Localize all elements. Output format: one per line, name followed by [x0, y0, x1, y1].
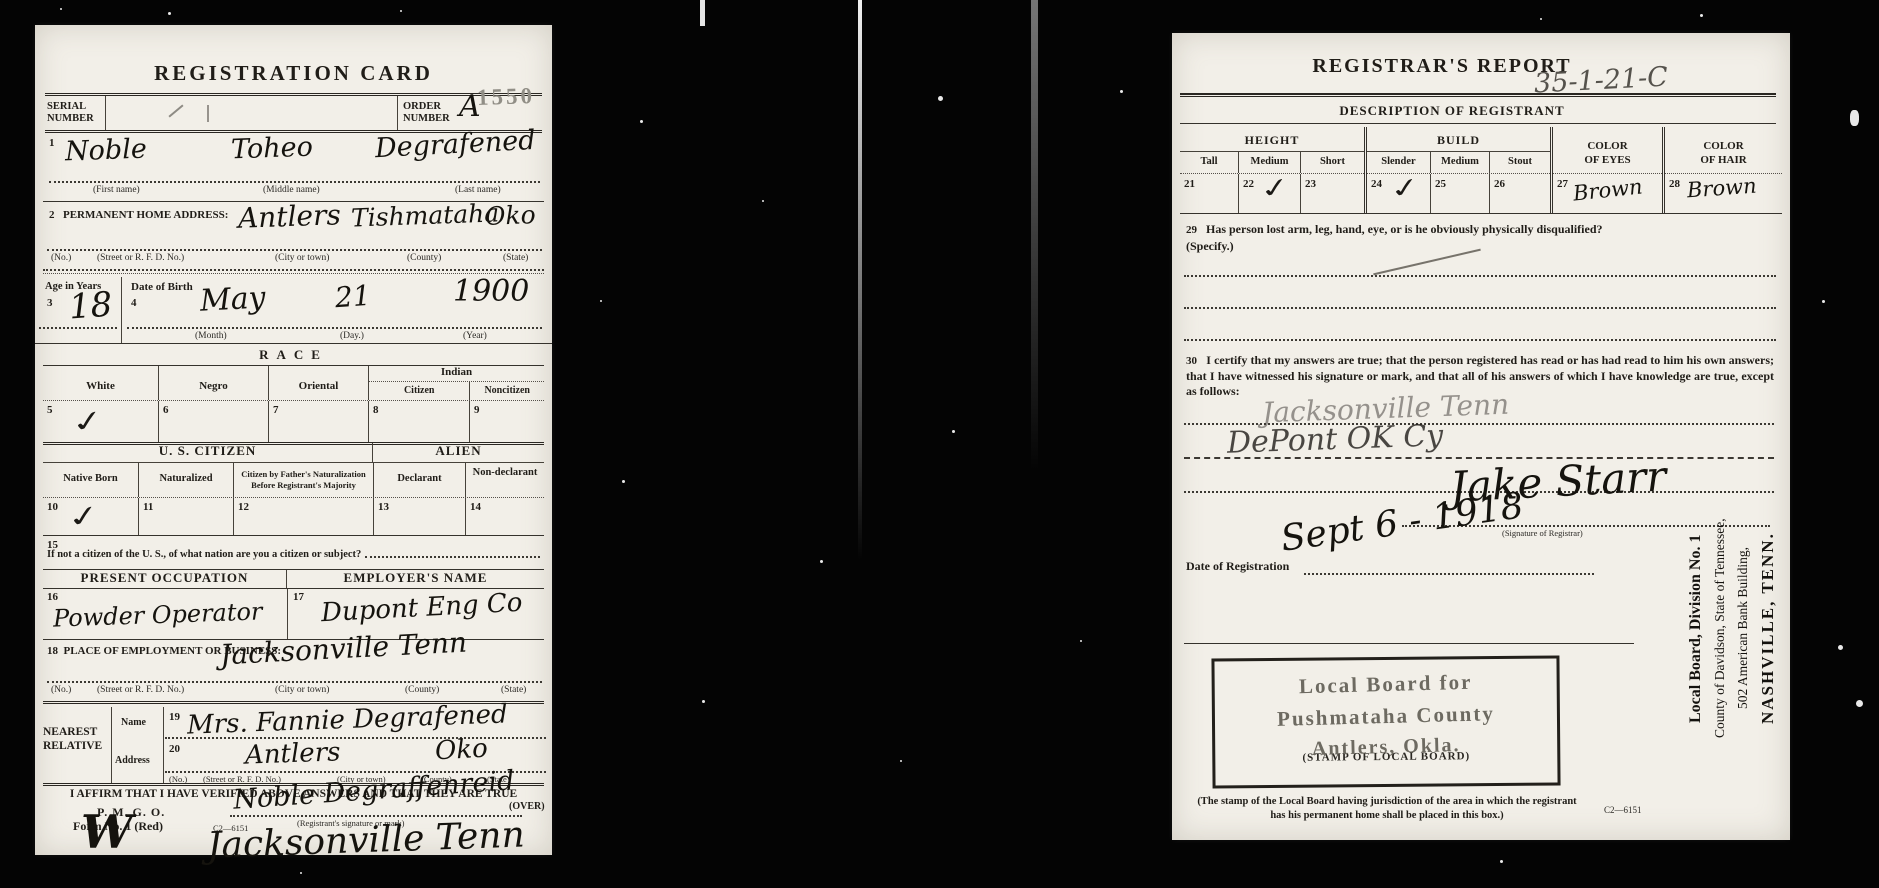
- local-board-city-line: NASHVILLE, TENN.: [1758, 421, 1778, 836]
- address-state-label: (State): [503, 253, 528, 263]
- divider: [35, 343, 552, 344]
- height-tall-number: 21: [1184, 178, 1195, 190]
- dob-label: Date of Birth: [131, 281, 193, 293]
- local-board-division-line: Local Board, Division No. 1: [1687, 421, 1705, 836]
- scan-speck: [600, 300, 602, 302]
- build-slender-number: 24: [1371, 178, 1382, 190]
- age-writing-line: [39, 327, 117, 329]
- relative-name-writing-line: [165, 737, 546, 739]
- local-board-address-block: Local Board, Division No. 1 County of Da…: [1687, 421, 1778, 836]
- last-name-value: Degrafened: [374, 127, 536, 162]
- race-table: White Negro Oriental Indian Citizen Nonc…: [43, 365, 544, 445]
- occupation-value: Powder Operator: [53, 599, 263, 630]
- scan-speck: [300, 872, 302, 874]
- scan-speck: [1540, 18, 1542, 20]
- first-name-value: Noble: [65, 136, 148, 166]
- citizenship-table: U. S. CITIZEN ALIEN Native Born Naturali…: [43, 443, 544, 536]
- place-of-employment-value: Jacksonville Tenn: [219, 629, 467, 670]
- present-occupation-header: PRESENT OCCUPATION: [43, 570, 287, 588]
- build-group: BUILD Slender Medium Stout 24 ✓ 25 26: [1364, 127, 1550, 213]
- address-county-value: Tishmataha: [351, 200, 500, 230]
- q29-question: Has person lost arm, leg, hand, eye, or …: [1206, 222, 1603, 236]
- home-address-label: PERMANENT HOME ADDRESS:: [63, 209, 228, 221]
- local-board-stamp-text: Local Board for: [1214, 668, 1557, 702]
- address-city-label: (City or town): [275, 253, 329, 263]
- age-number: 3: [47, 297, 53, 309]
- employment-state-label: (State): [501, 685, 526, 695]
- relative-address-city-value: Antlers: [245, 739, 341, 768]
- scan-speck: [820, 560, 823, 563]
- height-medium-label: Medium: [1238, 152, 1300, 173]
- q30-writing-line: [1184, 457, 1774, 459]
- build-stout-number: 26: [1494, 178, 1505, 190]
- us-citizen-header: U. S. CITIZEN: [43, 443, 373, 462]
- registration-date-label: Date of Registration: [1186, 559, 1289, 574]
- height-header: HEIGHT: [1180, 127, 1364, 151]
- build-stout-label: Stout: [1489, 152, 1550, 173]
- relative-name-value: Mrs. Fannie Degrafened: [187, 701, 508, 738]
- line15-writing-line: [365, 556, 540, 558]
- eyes-color-value: Brown: [1572, 176, 1643, 204]
- scan-speck: [622, 480, 625, 483]
- line2-number: 2: [49, 209, 55, 221]
- line1-number: 1: [49, 137, 55, 149]
- scan-speck: [640, 120, 643, 123]
- race-oriental-number: 7: [273, 404, 279, 416]
- scan-speck: [702, 700, 705, 703]
- citizen-by-father-number: 12: [238, 501, 249, 513]
- address-writing-line: [47, 249, 542, 251]
- dob-day-label: (Day.): [340, 331, 364, 341]
- native-born-label: Native Born: [43, 463, 138, 497]
- relative-address-number: 20: [169, 743, 180, 755]
- divider: [1180, 93, 1776, 97]
- line15-question: If not a citizen of the U. S., of what n…: [47, 549, 361, 560]
- dob-day-value: 21: [334, 282, 372, 312]
- address-street-label: (Street or R. F. D. No.): [97, 253, 184, 263]
- height-short-label: Short: [1300, 152, 1364, 173]
- serial-number-label: SERIAL: [47, 101, 94, 113]
- employment-city-label: (City or town): [275, 685, 329, 695]
- print-code: C2—6151: [1604, 805, 1642, 815]
- naturalized-number: 11: [143, 501, 153, 513]
- scan-speck: [938, 96, 943, 101]
- alien-header: ALIEN: [373, 443, 544, 462]
- scan-artifact: [858, 0, 862, 560]
- employers-name-header: EMPLOYER'S NAME: [287, 570, 544, 588]
- naturalized-label: Naturalized: [138, 463, 233, 497]
- race-negro-number: 6: [163, 404, 169, 416]
- address-state-value: Oko: [485, 202, 537, 229]
- checkmark-icon: ✓: [1257, 171, 1293, 205]
- employer-value: Dupont Eng Co: [320, 590, 523, 627]
- order-number-stamp: 1550: [477, 83, 536, 111]
- pencil-mark: [207, 105, 209, 122]
- dob-month-label: (Month): [195, 331, 227, 341]
- registration-card: REGISTRATION CARD SERIAL NUMBER ORDER NU…: [35, 25, 552, 855]
- scan-speck: [1856, 700, 1863, 707]
- hair-number: 28: [1669, 178, 1680, 190]
- checkmark-icon: ✓: [64, 498, 103, 535]
- color-of-eyes-header: COLOR: [1553, 139, 1662, 153]
- scan-speck: [168, 12, 171, 15]
- occupation-number: 16: [47, 591, 58, 603]
- height-short-number: 23: [1305, 178, 1316, 190]
- registration-date-value: Sept 6 - 1918: [1279, 488, 1526, 558]
- scan-speck: [1080, 640, 1082, 642]
- local-board-stamp-text: Pushmataha County: [1215, 700, 1558, 734]
- race-negro-label: Negro: [158, 366, 268, 400]
- registrars-report-card: REGISTRAR'S REPORT 35-1-21-C DESCRIPTION…: [1172, 33, 1790, 840]
- scan-background: REGISTRATION CARD SERIAL NUMBER ORDER NU…: [0, 0, 1879, 888]
- q30-number: 30: [1186, 355, 1197, 367]
- race-white-label: White: [43, 366, 158, 400]
- scan-speck: [60, 8, 62, 10]
- nearest-relative-label: NEAREST: [43, 725, 102, 739]
- color-of-eyes-header: OF EYES: [1553, 153, 1662, 167]
- scan-speck: [762, 200, 764, 202]
- occupation-header-row: PRESENT OCCUPATION EMPLOYER'S NAME: [43, 569, 544, 589]
- build-slender-label: Slender: [1367, 152, 1430, 173]
- pencil-mark: [168, 104, 183, 117]
- scan-artifact: [700, 0, 705, 26]
- order-number-label: NUMBER: [403, 113, 450, 125]
- description-of-registrant-header: DESCRIPTION OF REGISTRANT: [1172, 103, 1732, 119]
- race-white-number: 5: [47, 404, 53, 416]
- race-citizen-label: Citizen: [369, 382, 469, 400]
- scan-speck: [1838, 645, 1843, 650]
- scan-speck: [1500, 860, 1503, 863]
- build-medium-number: 25: [1435, 178, 1446, 190]
- q29-specify-label: (Specify.): [1186, 238, 1776, 254]
- q29-writing-line: [1184, 339, 1776, 341]
- build-header: BUILD: [1367, 127, 1550, 151]
- race-indian-group: Indian Citizen Noncitizen: [368, 366, 544, 400]
- relative-name-number: 19: [169, 711, 180, 723]
- race-oriental-label: Oriental: [268, 366, 368, 400]
- divider: [111, 707, 112, 783]
- citizen-by-father-label: Before Registrant's Majority: [234, 480, 373, 491]
- divider: [105, 96, 106, 130]
- relative-address-state-value: Oko: [434, 736, 488, 765]
- local-board-building-line: 502 American Bank Building,: [1735, 421, 1751, 836]
- divider: [1180, 123, 1776, 124]
- middle-name-value: Toheo: [231, 134, 314, 164]
- local-board-stamp-box: Local Board for Pushmataha County Antler…: [1211, 655, 1560, 788]
- line18-number: 18: [47, 645, 58, 657]
- middle-name-label: (Middle name): [263, 185, 320, 195]
- employment-county-label: (County): [405, 685, 439, 695]
- dob-writing-line: [127, 327, 542, 329]
- height-group: HEIGHT Tall Medium Short 21 22 ✓ 23: [1180, 127, 1364, 213]
- stamp-instruction-note: (The stamp of the Local Board having jur…: [1192, 795, 1582, 822]
- relative-name-label: Name: [121, 717, 146, 728]
- scan-speck: [1850, 110, 1859, 126]
- checkmark-icon: ✓: [68, 403, 107, 440]
- q29-number: 29: [1186, 224, 1197, 236]
- address-city-value: Antlers: [238, 201, 342, 233]
- native-born-number: 10: [47, 501, 58, 513]
- employment-no-label: (No.): [51, 685, 71, 695]
- non-declarant-label: Non-declarant: [465, 463, 544, 497]
- signature-place-value: Jacksonville Tenn: [206, 817, 525, 864]
- relative-address-label: Address: [115, 755, 150, 766]
- eyes-group: COLOR OF EYES 27 Brown: [1550, 127, 1662, 213]
- nearest-relative-label: RELATIVE: [43, 739, 102, 753]
- serial-order-row: SERIAL NUMBER ORDER NUMBER A 1550: [45, 93, 542, 133]
- divider: [121, 277, 122, 343]
- declarant-label: Declarant: [373, 463, 465, 497]
- hair-group: COLOR OF HAIR 28 Brown: [1662, 127, 1782, 213]
- over-label: (OVER): [509, 801, 545, 812]
- divider: [287, 589, 288, 639]
- dob-number: 4: [131, 297, 137, 309]
- race-noncitizen-label: Noncitizen: [469, 382, 544, 400]
- last-name-label: (Last name): [455, 185, 501, 195]
- race-header: RACE: [35, 347, 552, 363]
- divider: [163, 707, 164, 783]
- color-of-hair-header: COLOR: [1665, 139, 1782, 153]
- age-value: 18: [68, 288, 114, 325]
- order-number-label: ORDER: [403, 101, 450, 113]
- race-citizen-number: 8: [373, 404, 379, 416]
- registration-date-line: [1304, 573, 1594, 575]
- checkmark-icon: ✓: [1387, 171, 1423, 205]
- employer-number: 17: [293, 591, 304, 603]
- registrar-signature-label: (Signature of Registrar): [1502, 528, 1583, 538]
- height-medium-number: 22: [1243, 178, 1254, 190]
- divider: [43, 269, 544, 271]
- employment-street-label: (Street or R. F. D. No.): [97, 685, 184, 695]
- build-medium-label: Medium: [1430, 152, 1489, 173]
- name-writing-line: [49, 181, 540, 183]
- scan-speck: [900, 760, 902, 762]
- divider: [397, 96, 398, 130]
- citizen-by-father-label: Citizen by Father's Naturalization: [234, 469, 373, 480]
- height-tall-label: Tall: [1180, 152, 1238, 173]
- registrar-written-line2: DePont OK Cy: [1227, 421, 1444, 459]
- scan-artifact: [1031, 0, 1038, 470]
- registration-card-title: REGISTRATION CARD: [35, 61, 552, 86]
- color-of-hair-header: OF HAIR: [1665, 153, 1782, 167]
- non-declarant-number: 14: [470, 501, 481, 513]
- race-indian-header: Indian: [369, 366, 544, 381]
- serial-number-label: NUMBER: [47, 113, 94, 125]
- corner-mark: W: [81, 809, 133, 855]
- divider: [1184, 643, 1634, 644]
- dob-month-value: May: [199, 283, 266, 316]
- dob-year-label: (Year): [463, 331, 487, 341]
- first-name-label: (First name): [93, 185, 140, 195]
- employment-writing-line: [47, 681, 542, 683]
- hair-color-value: Brown: [1686, 176, 1757, 202]
- local-board-county-line: County of Davidson, State of Tennessee,: [1712, 421, 1728, 836]
- address-no-label: (No.): [51, 253, 71, 263]
- scan-speck: [952, 430, 955, 433]
- address-county-label: (County): [407, 253, 441, 263]
- description-table: HEIGHT Tall Medium Short 21 22 ✓ 23 BUIL…: [1180, 127, 1782, 214]
- q29-writing-line: [1184, 275, 1776, 277]
- q29-writing-line: [1184, 307, 1776, 309]
- dob-year-value: 1900: [453, 277, 529, 307]
- scan-speck: [1700, 14, 1703, 17]
- scan-speck: [1822, 300, 1825, 303]
- race-noncitizen-number: 9: [474, 404, 480, 416]
- scan-speck: [1120, 90, 1123, 93]
- declarant-number: 13: [378, 501, 389, 513]
- scan-speck: [400, 10, 402, 12]
- eyes-number: 27: [1557, 178, 1568, 190]
